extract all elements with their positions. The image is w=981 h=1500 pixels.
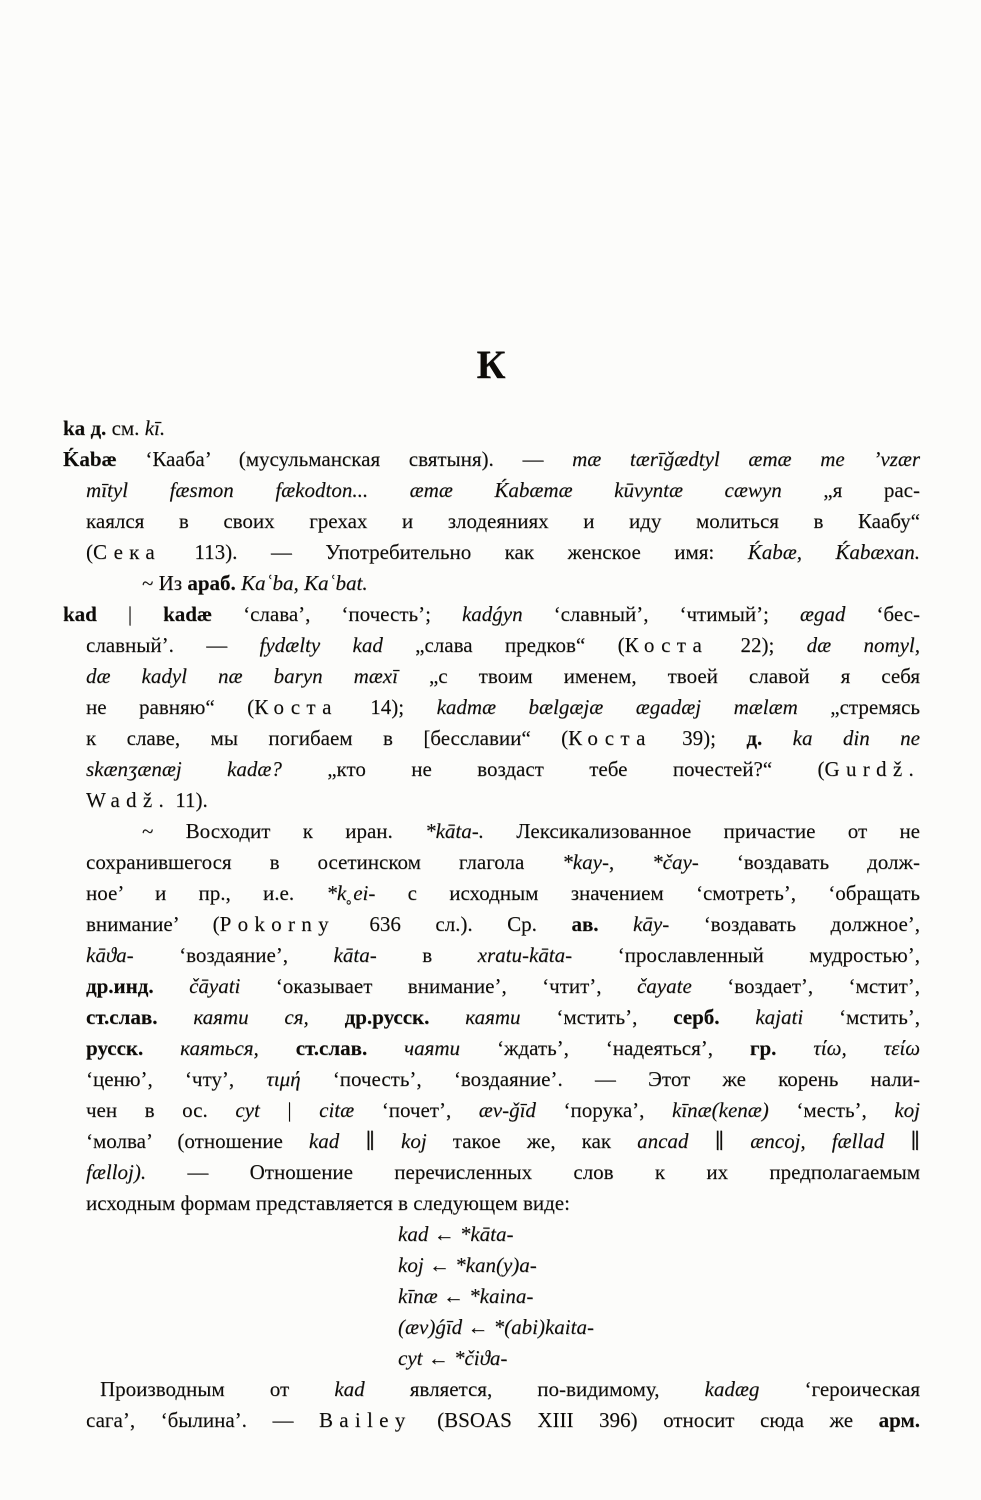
text-segment: др.русск. <box>345 1005 430 1029</box>
text-line: чен в ос. cyt | citæ ‘почет’, æv-ǧīd ‘по… <box>63 1095 920 1126</box>
text-line: ka д. см. kī. <box>63 413 920 444</box>
text-segment: kāta- <box>334 943 377 967</box>
text-segment: koj <box>401 1129 427 1153</box>
text-segment: xratu-kāta- <box>478 943 572 967</box>
text-segment: mītyl fæsmon fækodton... æmæ Ḱabæmæ kūvy… <box>86 478 782 502</box>
text-segment: сага’, ‘былина’. — <box>86 1408 319 1432</box>
text-segment: Коста <box>625 633 709 657</box>
text-line: Wadž. 11). <box>63 785 920 816</box>
text-segment: ав. <box>571 912 598 936</box>
text-segment: араб. <box>187 571 235 595</box>
text-segment: kī. <box>145 416 165 440</box>
text-segment: ‘бес- <box>845 602 920 626</box>
text-line: koj ← *kan(y)a- <box>63 1250 920 1281</box>
text-segment: *kāta-. <box>425 819 484 843</box>
text-line: ~ Из араб. Kaʿba, Kaʿbat. <box>63 568 920 599</box>
text-segment: каяться, <box>180 1036 259 1060</box>
text-segment: citæ <box>319 1098 354 1122</box>
text-segment: fydælty kad <box>260 633 383 657</box>
text-line: fælloj). — Отношение перечисленных слов … <box>63 1157 920 1188</box>
text-line: сага’, ‘былина’. — Bailey (BSOAS XIII 39… <box>63 1405 920 1436</box>
text-segment: русск. <box>86 1036 143 1060</box>
text-segment: ‘мстить’, <box>803 1005 920 1029</box>
text-segment: ‘мстить’, <box>521 1005 674 1029</box>
text-segment: ‘славный’, ‘чтимый’; <box>523 602 800 626</box>
text-line: skænʒænæj kadæ? „кто не воздаст тебе поч… <box>63 754 920 785</box>
text-segment: чен в ос. <box>86 1098 235 1122</box>
text-segment: ‘слава’, ‘почесть’; <box>212 602 462 626</box>
text-segment: ‘воздает’, ‘мстит’, <box>692 974 920 998</box>
text-segment: *k˳ei- <box>326 881 375 905</box>
text-segment: не равняю“ ( <box>86 695 254 719</box>
text-segment: kadæg <box>705 1377 760 1401</box>
text-segment: является, по-видимому, <box>365 1377 705 1401</box>
text-segment: д. <box>746 726 762 750</box>
text-segment: гр. <box>750 1036 776 1060</box>
text-segment: ст.слав. <box>296 1036 368 1060</box>
section-letter-heading: К <box>63 341 920 388</box>
text-line: исходным формам представляется в следующ… <box>63 1188 920 1219</box>
text-segment: др.инд. <box>86 974 154 998</box>
text-segment: Bailey <box>319 1408 412 1432</box>
text-segment: mæ tærīǧædtyl æmæ me ’vzær <box>572 447 920 471</box>
text-segment <box>599 912 634 936</box>
text-segment: Коста <box>254 695 338 719</box>
text-line: сохранившегося в осетинском глагола *kay… <box>63 847 920 878</box>
text-segment: 22); <box>708 633 806 657</box>
text-segment: kāy- <box>633 912 669 936</box>
text-line: Производным от kad является, по-видимому… <box>63 1374 920 1405</box>
text-segment: kadmæ bælgæjæ ægadæj mælæm <box>437 695 798 719</box>
text-segment: „кто не воздаст тебе почестей?“ ( <box>282 757 825 781</box>
text-segment: ∥ <box>688 1129 750 1153</box>
text-segment: „я рас- <box>782 478 920 502</box>
text-segment: Wadž. <box>86 788 170 812</box>
text-segment: ‘героическая <box>759 1377 920 1401</box>
text-segment: ~ Из <box>142 571 187 595</box>
text-segment <box>429 1005 465 1029</box>
text-segment: — Отношение перечисленных слов к их пред… <box>146 1160 920 1184</box>
text-segment: каялся в своих грехах и злодеяниях и иду… <box>86 509 920 533</box>
text-segment: kajati <box>755 1005 803 1029</box>
text-segment: 14); <box>338 695 437 719</box>
text-segment: ст.слав. <box>86 1005 158 1029</box>
text-segment: ‘почет’, <box>354 1098 479 1122</box>
text-segment: ægad <box>800 602 846 626</box>
text-line: mītyl fæsmon fækodton... æmæ Ḱabæmæ kūvy… <box>63 475 920 506</box>
text-segment: ‘молва’ (отношение <box>86 1129 309 1153</box>
text-line: ‘ценю’, ‘чту’, τιμή ‘почесть’, ‘воздаяни… <box>63 1064 920 1095</box>
text-line: kad | kadæ ‘слава’, ‘почесть’; kadǵyn ‘с… <box>63 599 920 630</box>
text-segment: ‘Кааба’ (мусульманская святыня). — <box>117 447 572 471</box>
text-segment: kīnæ(kenæ) <box>672 1098 769 1122</box>
text-segment: ∥ <box>339 1129 401 1153</box>
text-line: (Сека 113). — Употребительно как женское… <box>63 537 920 568</box>
text-segment: ‘ждать’, ‘надеяться’, <box>460 1036 750 1060</box>
text-segment: kāϑa- <box>86 943 134 967</box>
text-segment: koj ← *kan(y)a- <box>398 1253 537 1277</box>
text-line: внимание’ (Pokorny 636 сл.). Ср. ав. kāy… <box>63 909 920 940</box>
text-segment: koj <box>894 1098 920 1122</box>
text-segment: ∥ <box>884 1129 920 1153</box>
text-segment: Gurdž. <box>824 757 920 781</box>
text-segment: ‘прославленный мудростью’, <box>572 943 920 967</box>
text-line: к славе, мы погибаем в [бесславии“ (Кост… <box>63 723 920 754</box>
text-segment: fælloj). <box>86 1160 146 1184</box>
text-line: ное’ и пр., и.е. *k˳ei- с исходным значе… <box>63 878 920 909</box>
text-segment: kadǵyn <box>462 602 523 626</box>
text-segment: æv-ǧīd <box>479 1098 536 1122</box>
text-segment: kad ← *kāta- <box>398 1222 513 1246</box>
text-segment: ‘ценю’, ‘чту’, <box>86 1067 266 1091</box>
text-segment: Ḱabæ <box>63 447 117 471</box>
text-segment <box>143 1036 180 1060</box>
text-segment: *kay-, *čay- <box>562 850 699 874</box>
text-segment: ( <box>86 540 93 564</box>
text-segment: д. <box>90 416 106 440</box>
text-segment: cyt <box>235 1098 259 1122</box>
text-segment: čāyati <box>189 974 240 998</box>
text-segment: Коста <box>568 726 652 750</box>
text-segment: dæ nomyl, <box>807 633 920 657</box>
text-segment: Kaʿba, Kaʿbat. <box>241 571 368 595</box>
text-segment: чаяти <box>404 1036 460 1060</box>
text-segment <box>776 1036 813 1060</box>
text-line: др.инд. čāyati ‘оказывает внимание’, ‘чт… <box>63 971 920 1002</box>
text-segment: ‘порука’, <box>536 1098 672 1122</box>
text-segment: dæ kadyl næ baryn mæxī <box>86 664 398 688</box>
text-segment <box>154 974 189 998</box>
text-segment: Pokorny <box>220 912 335 936</box>
text-segment <box>158 1005 194 1029</box>
text-line: русск. каяться, ст.слав. чаяти ‘ждать’, … <box>63 1033 920 1064</box>
text-segment: славный’. — <box>86 633 260 657</box>
text-segment: ‘оказывает внимание’, ‘чтит’, <box>240 974 637 998</box>
text-segment: „слава предков“ ( <box>383 633 625 657</box>
text-segment: 11). <box>170 788 208 812</box>
text-line: cyt ← *čiϑa- <box>63 1343 920 1374</box>
text-segment: ka din ne <box>793 726 920 750</box>
text-segment: с исходным значением ‘смотреть’, ‘обраща… <box>375 881 920 905</box>
text-segment: (æv)ǵīd ← *(abi)kaita- <box>398 1315 594 1339</box>
text-line: (æv)ǵīd ← *(abi)kaita- <box>63 1312 920 1343</box>
text-segment: исходным формам представляется в следующ… <box>86 1191 570 1215</box>
text-segment: каяти <box>465 1005 520 1029</box>
text-segment: ancad <box>637 1129 688 1153</box>
text-segment: ka <box>63 416 85 440</box>
text-line: dæ kadyl næ baryn mæxī „с твоим именем, … <box>63 661 920 692</box>
text-segment: | <box>260 1098 319 1122</box>
text-line: Ḱabæ ‘Кааба’ (мусульманская святыня). — … <box>63 444 920 475</box>
text-segment: внимание’ ( <box>86 912 220 936</box>
text-segment: ‘месть’, <box>769 1098 895 1122</box>
text-segment: (BSOAS XIII 396) относит сюда же <box>412 1408 879 1432</box>
text-segment: „с твоим именем, твоей славой я себя <box>398 664 920 688</box>
dictionary-text: ka д. см. kī.Ḱabæ ‘Кааба’ (мусульманская… <box>63 413 920 1436</box>
text-segment: ‘воздавать должное’, <box>669 912 920 936</box>
text-segment <box>367 1036 404 1060</box>
text-segment: такое же, как <box>427 1129 637 1153</box>
text-line: ‘молва’ (отношение kad ∥ koj такое же, к… <box>63 1126 920 1157</box>
text-segment: см. <box>106 416 144 440</box>
text-segment: в <box>377 943 478 967</box>
text-segment: kad <box>63 602 97 626</box>
text-segment: cyt ← *čiϑa- <box>398 1346 507 1370</box>
text-line: не равняю“ (Коста 14); kadmæ bælgæjæ æga… <box>63 692 920 723</box>
text-segment: ~ Восходит к иран. <box>142 819 425 843</box>
text-segment: kīnæ ← *kaina- <box>398 1284 533 1308</box>
text-segment: Ḱabæ, Ḱabæxan. <box>748 540 920 564</box>
text-segment: серб. <box>673 1005 719 1029</box>
text-segment: 113). — Употребительно как женское имя: <box>161 540 748 564</box>
text-segment: čayate <box>637 974 692 998</box>
text-segment: к славе, мы погибаем в [бесславии“ ( <box>86 726 568 750</box>
text-segment: ‘воздаяние’, <box>134 943 334 967</box>
text-segment: ‘воздавать долж- <box>699 850 920 874</box>
text-segment <box>762 726 792 750</box>
text-line: ~ Восходит к иран. *kāta-. Лексикализова… <box>63 816 920 847</box>
dictionary-page: К ka д. см. kī.Ḱabæ ‘Кааба’ (мусульманск… <box>0 0 981 1500</box>
text-segment: сохранившегося в осетинском глагола <box>86 850 562 874</box>
text-segment <box>720 1005 756 1029</box>
text-segment: æncoj, fællad <box>750 1129 884 1153</box>
text-segment: Производным от <box>100 1377 334 1401</box>
text-segment: | <box>97 602 163 626</box>
text-line: славный’. — fydælty kad „слава предков“ … <box>63 630 920 661</box>
text-segment: ное’ и пр., и.е. <box>86 881 326 905</box>
text-segment: kad <box>334 1377 364 1401</box>
text-line: каялся в своих грехах и злодеяниях и иду… <box>63 506 920 537</box>
text-segment <box>259 1036 296 1060</box>
text-line: kāϑa- ‘воздаяние’, kāta- в xratu-kāta- ‘… <box>63 940 920 971</box>
text-segment: kadæ <box>163 602 212 626</box>
text-segment: „стремясь <box>798 695 920 719</box>
text-segment: ‘почесть’, ‘воздаяние’. — Этот же корень… <box>301 1067 920 1091</box>
text-line: kīnæ ← *kaina- <box>63 1281 920 1312</box>
text-segment: skænʒænæj kadæ? <box>86 757 282 781</box>
text-segment: τίω, τείω <box>813 1036 920 1060</box>
text-segment: каяти ся, <box>193 1005 308 1029</box>
text-segment: Лексикализованное причастие от не <box>484 819 920 843</box>
text-segment: арм. <box>879 1408 920 1432</box>
text-segment: kad <box>309 1129 339 1153</box>
text-segment: 39); <box>652 726 747 750</box>
text-line: ст.слав. каяти ся, др.русск. каяти ‘мсти… <box>63 1002 920 1033</box>
text-line: kad ← *kāta- <box>63 1219 920 1250</box>
text-segment: τιμή <box>266 1067 300 1091</box>
text-segment: 636 сл.). Ср. <box>335 912 572 936</box>
text-segment <box>309 1005 345 1029</box>
text-segment: Сека <box>93 540 161 564</box>
